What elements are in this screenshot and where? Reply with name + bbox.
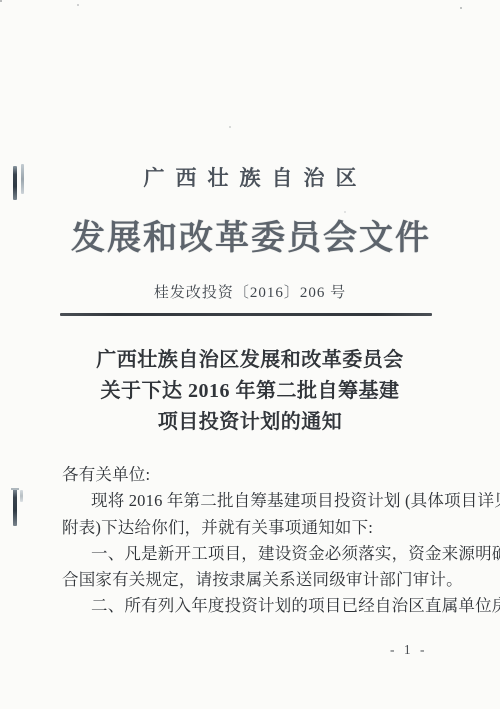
document-number: 桂发改投资〔2016〕206 号 [0,281,500,302]
staple-shadow-icon [20,490,23,502]
body-line: 附表)下达给你们，并就有关事项通知如下: [62,515,444,541]
document-type-heading: 发展和改革委员会文件 [0,210,500,259]
document-title: 广西壮族自治区发展和改革委员会 关于下达 2016 年第二批自筹基建 项目投资计… [0,345,500,438]
page-number: - 1 - [390,642,428,658]
header-divider-line [60,313,432,316]
body-line: 合国家有关规定，请按隶属关系送同级审计部门审计。 [62,567,444,593]
body-line: 现将 2016 年第二批自筹基建项目投资计划 (具体项目详见 [62,488,444,514]
document-body: 各有关单位: 现将 2016 年第二批自筹基建项目投资计划 (具体项目详见 附表… [62,462,444,620]
title-line-1: 广西壮族自治区发展和改革委员会 [0,345,500,376]
issuing-region-heading: 广西壮族自治区 [0,162,500,192]
body-line: 一、凡是新开工项目，建设资金必须落实，资金来源明确并符 [62,541,444,567]
salutation: 各有关单位: [62,462,444,488]
title-line-3: 项目投资计划的通知 [0,407,500,438]
title-line-2: 关于下达 2016 年第二批自筹基建 [0,376,500,407]
staple-bar-icon [13,488,17,526]
body-line: 二、所有列入年度投资计划的项目已经自治区直属单位房改 [62,593,444,619]
scan-noise-specks [0,0,2,2]
staple-leg-icon [11,488,19,490]
document-page: 广西壮族自治区 发展和改革委员会文件 桂发改投资〔2016〕206 号 广西壮族… [0,0,500,709]
